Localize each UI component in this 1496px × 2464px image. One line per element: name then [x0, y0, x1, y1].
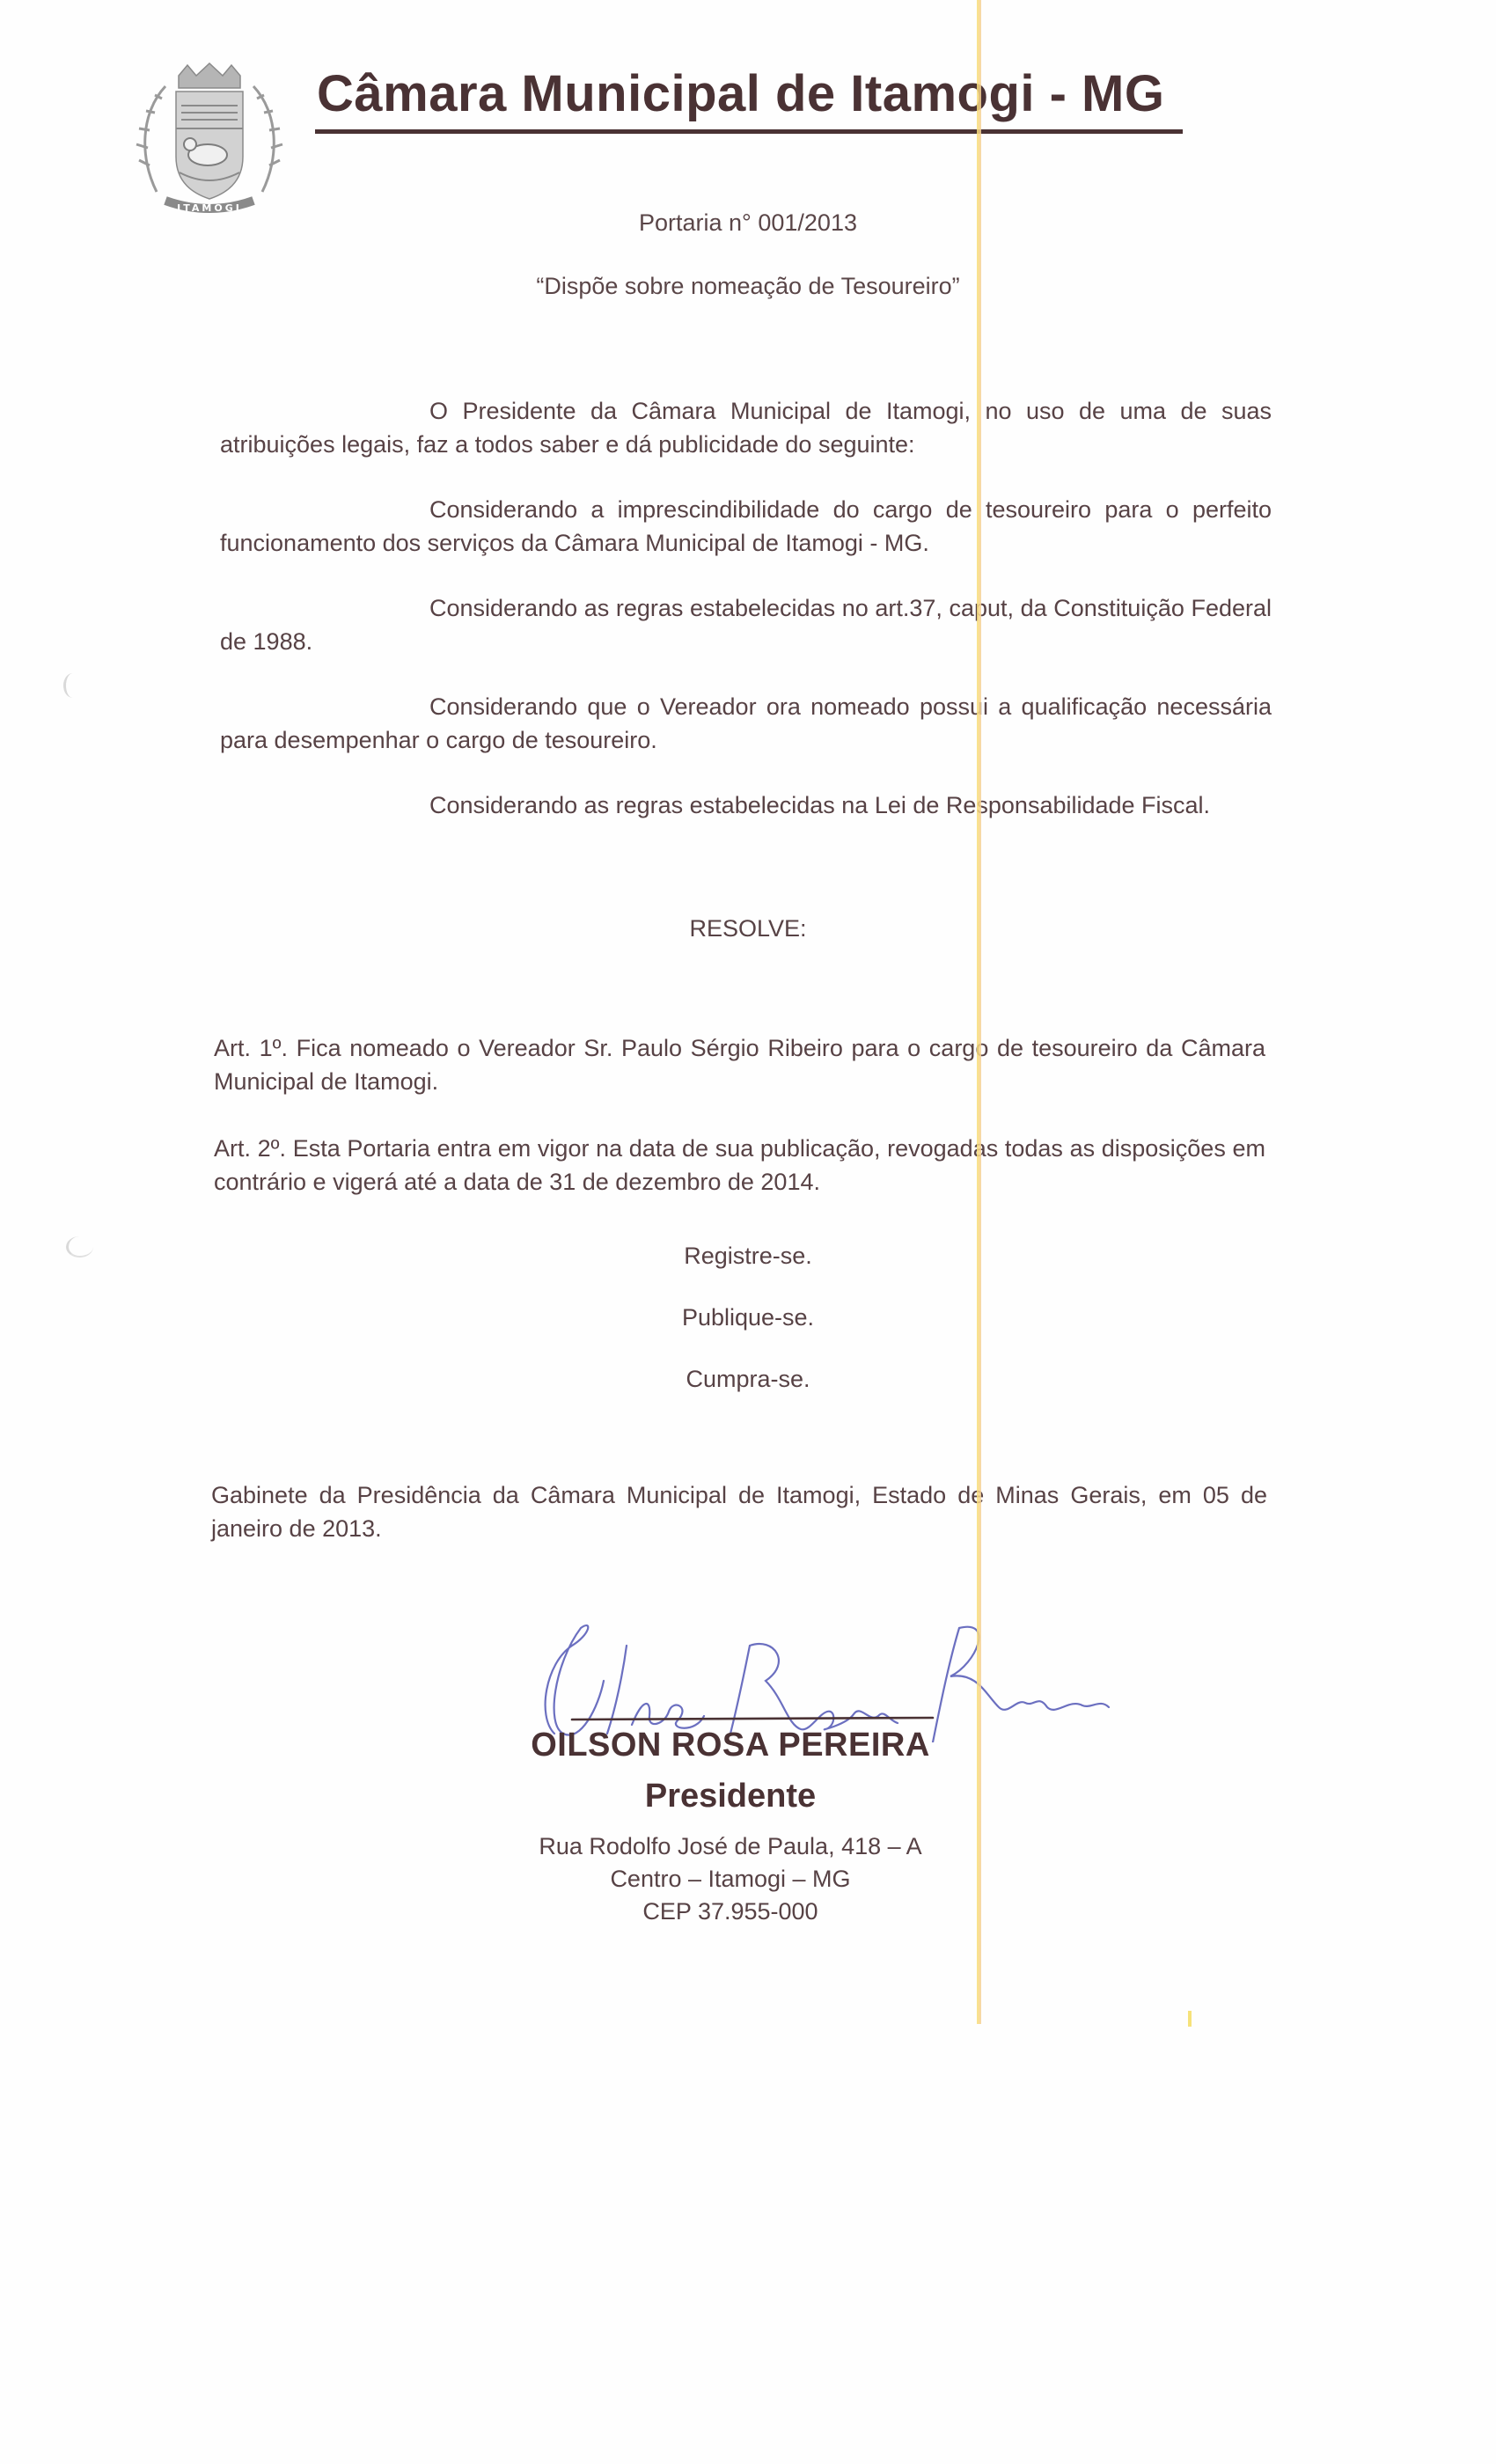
scan-mark — [66, 1236, 93, 1258]
coat-of-arms-icon: ITAMOGI — [130, 60, 289, 218]
document-page: ITAMOGI Câmara Municipal de Itamogi - MG… — [0, 0, 1496, 2464]
closing-registre: Registre-se. — [0, 1243, 1496, 1270]
signatory-name: OILSON ROSA PEREIRA — [458, 1727, 1003, 1764]
handwritten-signature — [519, 1610, 1118, 1742]
consideration-1: Considerando a imprescindibilidade do ca… — [220, 493, 1272, 560]
consideration-2: Considerando as regras estabelecidas no … — [220, 591, 1272, 658]
consideration-4: Considerando as regras estabelecidas na … — [220, 788, 1272, 822]
portaria-subject: “Dispõe sobre nomeação de Tesoureiro” — [0, 273, 1496, 300]
address-city: Centro – Itamogi – MG — [458, 1863, 1003, 1896]
preamble-paragraph: O Presidente da Câmara Municipal de Itam… — [220, 394, 1272, 461]
place-and-date: Gabinete da Presidência da Câmara Munici… — [211, 1478, 1267, 1545]
scan-mark — [63, 673, 82, 698]
consideration-3: Considerando que o Vereador ora nomeado … — [220, 690, 1272, 757]
address-street: Rua Rodolfo José de Paula, 418 – A — [458, 1830, 1003, 1863]
address-postal-code: CEP 37.955-000 — [458, 1896, 1003, 1928]
closing-publique: Publique-se. — [0, 1304, 1496, 1331]
signatory-role: Presidente — [458, 1778, 1003, 1815]
portaria-number: Portaria n° 001/2013 — [0, 209, 1496, 237]
scan-streak — [977, 0, 981, 2024]
article-2: Art. 2º. Esta Portaria entra em vigor na… — [214, 1132, 1265, 1199]
closing-cumpra: Cumpra-se. — [0, 1366, 1496, 1393]
article-1: Art. 1º. Fica nomeado o Vereador Sr. Pau… — [214, 1031, 1265, 1098]
resolve-heading: RESOLVE: — [0, 915, 1496, 942]
scan-speck — [1188, 2011, 1192, 2027]
page-title: Câmara Municipal de Itamogi - MG — [317, 63, 1188, 125]
title-underline — [315, 129, 1183, 134]
